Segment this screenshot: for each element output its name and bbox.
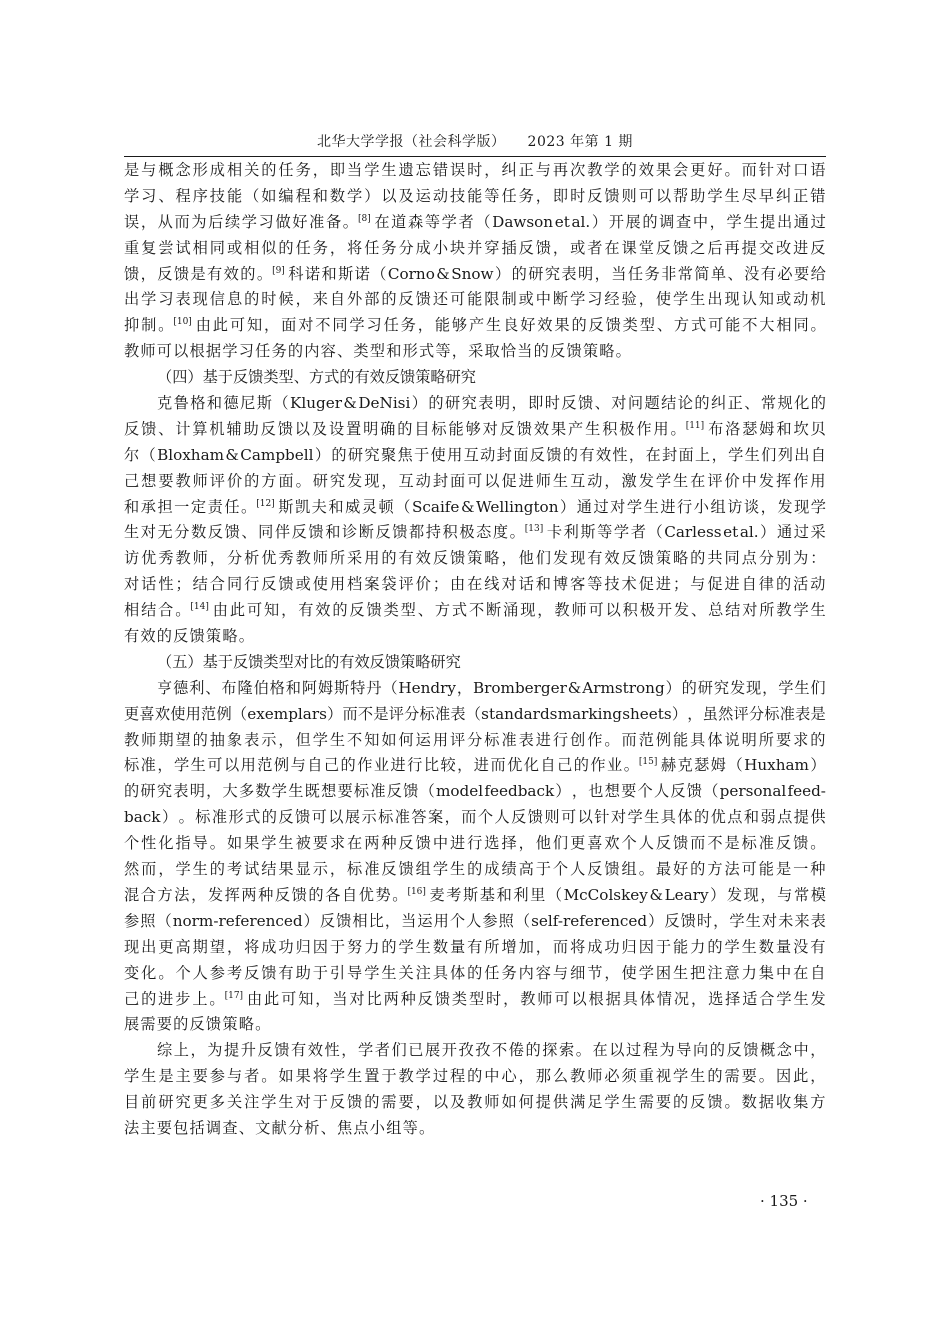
line-text: 教师可以根据学习任务的内容、类型和形式等，采取恰当的反馈策略。 <box>124 339 632 365</box>
citation-ref[interactable]: [9] <box>272 266 285 276</box>
citation-ref[interactable]: [13] <box>525 524 543 534</box>
citation-ref[interactable]: [11] <box>686 421 704 431</box>
text-line: 参照（norm-referenced）反馈相比，当运用个人参照（self-ref… <box>124 909 826 935</box>
text-line: back）。标准形式的反馈可以展示标准答案，而个人反馈则可以针对学生具体的优点和… <box>124 805 826 831</box>
text-line: 教师可以根据学习任务的内容、类型和形式等，采取恰当的反馈策略。 <box>124 339 826 365</box>
citation-ref[interactable]: [14] <box>190 602 208 612</box>
text-line: 访优秀教师，分析优秀教师所采用的有效反馈策略，他们发现有效反馈策略的共同点分别为… <box>124 546 826 572</box>
text-line: 相结合。[14]由此可知，有效的反馈类型、方式不断涌现，教师可以积极开发、总结对… <box>124 598 826 624</box>
text-line: 对话性；结合同行反馈或使用档案袋评价；由在线对话和博客等技术促进；与促进自律的活… <box>124 572 826 598</box>
journal-title: 北华大学学报（社会科学版） <box>317 134 506 150</box>
text-line: 目前研究更多关注学生对于反馈的需要，以及教师如何提供满足学生需要的反馈。数据收集… <box>124 1090 826 1116</box>
line-text: 法主要包括调查、文献分析、焦点小组等。 <box>124 1116 435 1142</box>
citation-ref[interactable]: [16] <box>407 887 425 897</box>
issue-label: 2023 年第 1 期 <box>528 134 633 150</box>
line-text: 有效的反馈策略。 <box>124 624 255 650</box>
text-line: 学习、程序技能（如编程和数学）以及运动技能等任务，即时反馈则可以帮助学生尽早纠正… <box>124 184 826 210</box>
page-number: · 135 · <box>760 1192 808 1210</box>
text-line: 反馈、计算机辅助反馈以及设置明确的目标能够对反馈效果产生积极作用。[11]布洛瑟… <box>124 417 826 443</box>
text-line: 有效的反馈策略。 <box>124 624 826 650</box>
text-line: 学生是主要参与者。如果将学生置于教学过程的中心，那么教师必须重视学生的需要。因此… <box>124 1064 826 1090</box>
citation-ref[interactable]: [12] <box>256 499 274 509</box>
text-line: 己的进步上。[17]由此可知，当对比两种反馈类型时，教师可以根据具体情况，选择适… <box>124 987 826 1013</box>
text-line: 尔（Bloxham&Campbell）的研究聚焦于使用互动封面反馈的有效性，在封… <box>124 443 826 469</box>
section-heading: （四）基于反馈类型、方式的有效反馈策略研究 <box>124 365 826 391</box>
header-rule <box>124 156 826 157</box>
body-text: 是与概念形成相关的任务，即当学生遗忘错误时，纠正与再次教学的效果会更好。而针对口… <box>124 158 826 1142</box>
text-line: 亨德利、布隆伯格和阿姆斯特丹（Hendry，Bromberger&Armstro… <box>124 676 826 702</box>
text-line: 变化。个人参考反馈有助于引导学生关注具体的任务内容与细节，使学困生把注意力集中在… <box>124 961 826 987</box>
text-line: 生对无分数反馈、同伴反馈和诊断反馈都持积极态度。[13]卡利斯等学者（Carle… <box>124 520 826 546</box>
text-line: 重复尝试相同或相似的任务，将任务分成小块并穿插反馈，或者在课堂反馈之后再提交改进… <box>124 236 826 262</box>
text-line: 更喜欢使用范例（exemplars）而不是评分标准表（standardsmark… <box>124 702 826 728</box>
line-text: （四）基于反馈类型、方式的有效反馈策略研究 <box>157 365 476 391</box>
running-header: 北华大学学报（社会科学版）2023 年第 1 期 <box>124 131 826 151</box>
citation-ref[interactable]: [15] <box>639 757 657 767</box>
text-line: 出学习表现信息的时候，来自外部的反馈还可能限制或中断学习经验，使学生出现认知或动… <box>124 287 826 313</box>
text-line: 己想要教师评价的方面。研究发现，互动封面可以促进师生互动，激发学生在评价中发挥作… <box>124 469 826 495</box>
text-line: 馈，反馈是有效的。[9]科诺和斯诺（Corno&Snow）的研究表明，当任务非常… <box>124 262 826 288</box>
text-line: 是与概念形成相关的任务，即当学生遗忘错误时，纠正与再次教学的效果会更好。而针对口… <box>124 158 826 184</box>
text-line: 抑制。[10]由此可知，面对不同学习任务，能够产生良好效果的反馈类型、方式可能不… <box>124 313 826 339</box>
text-line: 法主要包括调查、文献分析、焦点小组等。 <box>124 1116 826 1142</box>
citation-ref[interactable]: [17] <box>225 991 243 1001</box>
text-line: 综上，为提升反馈有效性，学者们已展开孜孜不倦的探索。在以过程为导向的反馈概念中， <box>124 1038 826 1064</box>
text-line: 的研究表明，大多数学生既想要标准反馈（modelfeedback），也想要个人反… <box>124 779 826 805</box>
text-line: 展需要的反馈策略。 <box>124 1012 826 1038</box>
text-line: 现出更高期望，将成功归因于努力的学生数量有所增加，而将成功归因于能力的学生数量没… <box>124 935 826 961</box>
text-line: 克鲁格和德尼斯（Kluger&DeNisi）的研究表明，即时反馈、对问题结论的纠… <box>124 391 826 417</box>
text-line: 和承担一定责任。[12]斯凯夫和威灵顿（Scaife&Wellington）通过… <box>124 495 826 521</box>
text-line: 误，从而为后续学习做好准备。[8]在道森等学者（Dawsonetal.）开展的调… <box>124 210 826 236</box>
text-line: 混合方法，发挥两种反馈的各自优势。[16]麦考斯基和利里（McColskey&L… <box>124 883 826 909</box>
text-line: 教师期望的抽象表示，但学生不知如何运用评分标准表进行创作。而范例能具体说明所要求… <box>124 728 826 754</box>
text-line: 然而，学生的考试结果显示，标准反馈组学生的成绩高于个人反馈组。最好的方法可能是一… <box>124 857 826 883</box>
section-heading: （五）基于反馈类型对比的有效反馈策略研究 <box>124 650 826 676</box>
line-text: 展需要的反馈策略。 <box>124 1012 272 1038</box>
citation-ref[interactable]: [10] <box>173 317 191 327</box>
citation-ref[interactable]: [8] <box>358 214 371 224</box>
text-line: 个性化指导。如果学生被要求在两种反馈中进行选择，他们更喜欢个人反馈而不是标准反馈… <box>124 831 826 857</box>
text-line: 标准，学生可以用范例与自己的作业进行比较，进而优化自己的作业。[15]赫克瑟姆（… <box>124 753 826 779</box>
line-text: （五）基于反馈类型对比的有效反馈策略研究 <box>157 650 461 676</box>
